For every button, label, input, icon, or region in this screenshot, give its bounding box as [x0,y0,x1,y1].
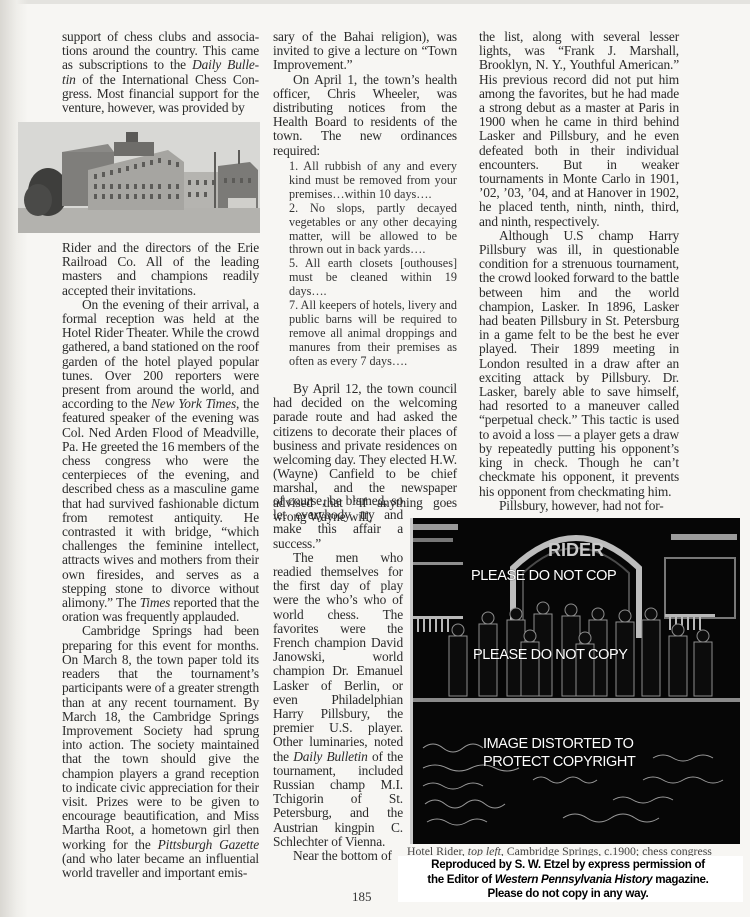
paragraph-support: support of chess clubs and associa- tion… [62,30,259,115]
notice-line-2: the Editor of Western Pennsylvania Histo… [398,873,738,888]
hotel-building-image [18,122,260,233]
column-2-top: sary of the Bahai religion), was invited… [273,30,457,158]
watermark-image-distorted: IMAGE DISTORTED TO [483,736,633,752]
paragraph-marshall: the list, along with several lesser ligh… [479,30,679,229]
paragraph-pillsbury: Although U.S champ Harry Pillsbury was i… [479,229,679,499]
paragraph-april-12-end: of course, be blamed, so let everybody t… [273,494,403,551]
rider-sign: RIDER [548,540,604,560]
daily-bulletin-title: Daily Bulletin [293,749,367,764]
column-1-body: Rider and the directors of the Erie Rail… [62,241,259,880]
pittsburgh-gazette-title: Pittsburgh Gazette [158,837,259,852]
paragraph-near-bottom: Near the bottom of [273,849,403,863]
ordinance-item: 2. No slops, partly decayed vegetables o… [289,202,457,258]
watermark-please-do-not-copy-2: PLEASE DO NOT COPY [473,647,628,663]
hotel-rider-photo [18,122,260,233]
times-title: Times [140,595,171,610]
magazine-title: Western Pennsylvania History [495,873,653,886]
watermark-protect-copyright: PROTECT COPYRIGHT [483,754,635,770]
daily-bulletin-title: Daily Bulle- [192,57,259,72]
watermark-please-do-not-copy-1: PLEASE DO NOT COP [471,568,616,584]
ordinance-item: 1. All rubbish of any and every kind mus… [289,160,457,202]
paragraph-preparation: Cambridge Springs had been preparing for… [62,624,259,880]
column-1-top: support of chess clubs and associa- tion… [62,30,259,115]
paragraph-men-readied: The men who readied themselves for the f… [273,551,403,849]
ordinances-list: 1. All rubbish of any and every kind mus… [289,160,457,369]
notice-line-3: Please do not copy in any way. [398,887,738,902]
paragraph-health-officer: On April 1, the town’s health officer, C… [273,73,457,158]
column-2-narrow: of course, be blamed, so let everybody t… [289,494,403,863]
notice-line-1: Reproduced by S. W. Etzel by express per… [398,858,738,873]
paragraph-pillsbury-however: Pillsbury, however, had not for- [479,499,679,513]
ordinance-item: 5. All earth closets [outhouses] must be… [289,257,457,299]
paragraph-reception: On the evening of their arrival, a forma… [62,298,259,625]
ordinance-item: 7. All keepers of hotels, livery and pub… [289,299,457,369]
chess-congress-photo: RIDER [410,518,740,844]
page-number: 185 [352,889,372,905]
paragraph-bahai-continued: sary of the Bahai religion), was invited… [273,30,457,73]
copyright-notice: Reproduced by S. W. Etzel by express per… [398,858,738,902]
page-top-edge [0,0,750,4]
new-york-times-title: New York Times [151,396,236,411]
paragraph-rider-continued: Rider and the directors of the Erie Rail… [62,241,259,298]
chess-players-image: RIDER [413,518,740,844]
column-3: the list, along with several lesser ligh… [479,30,679,513]
